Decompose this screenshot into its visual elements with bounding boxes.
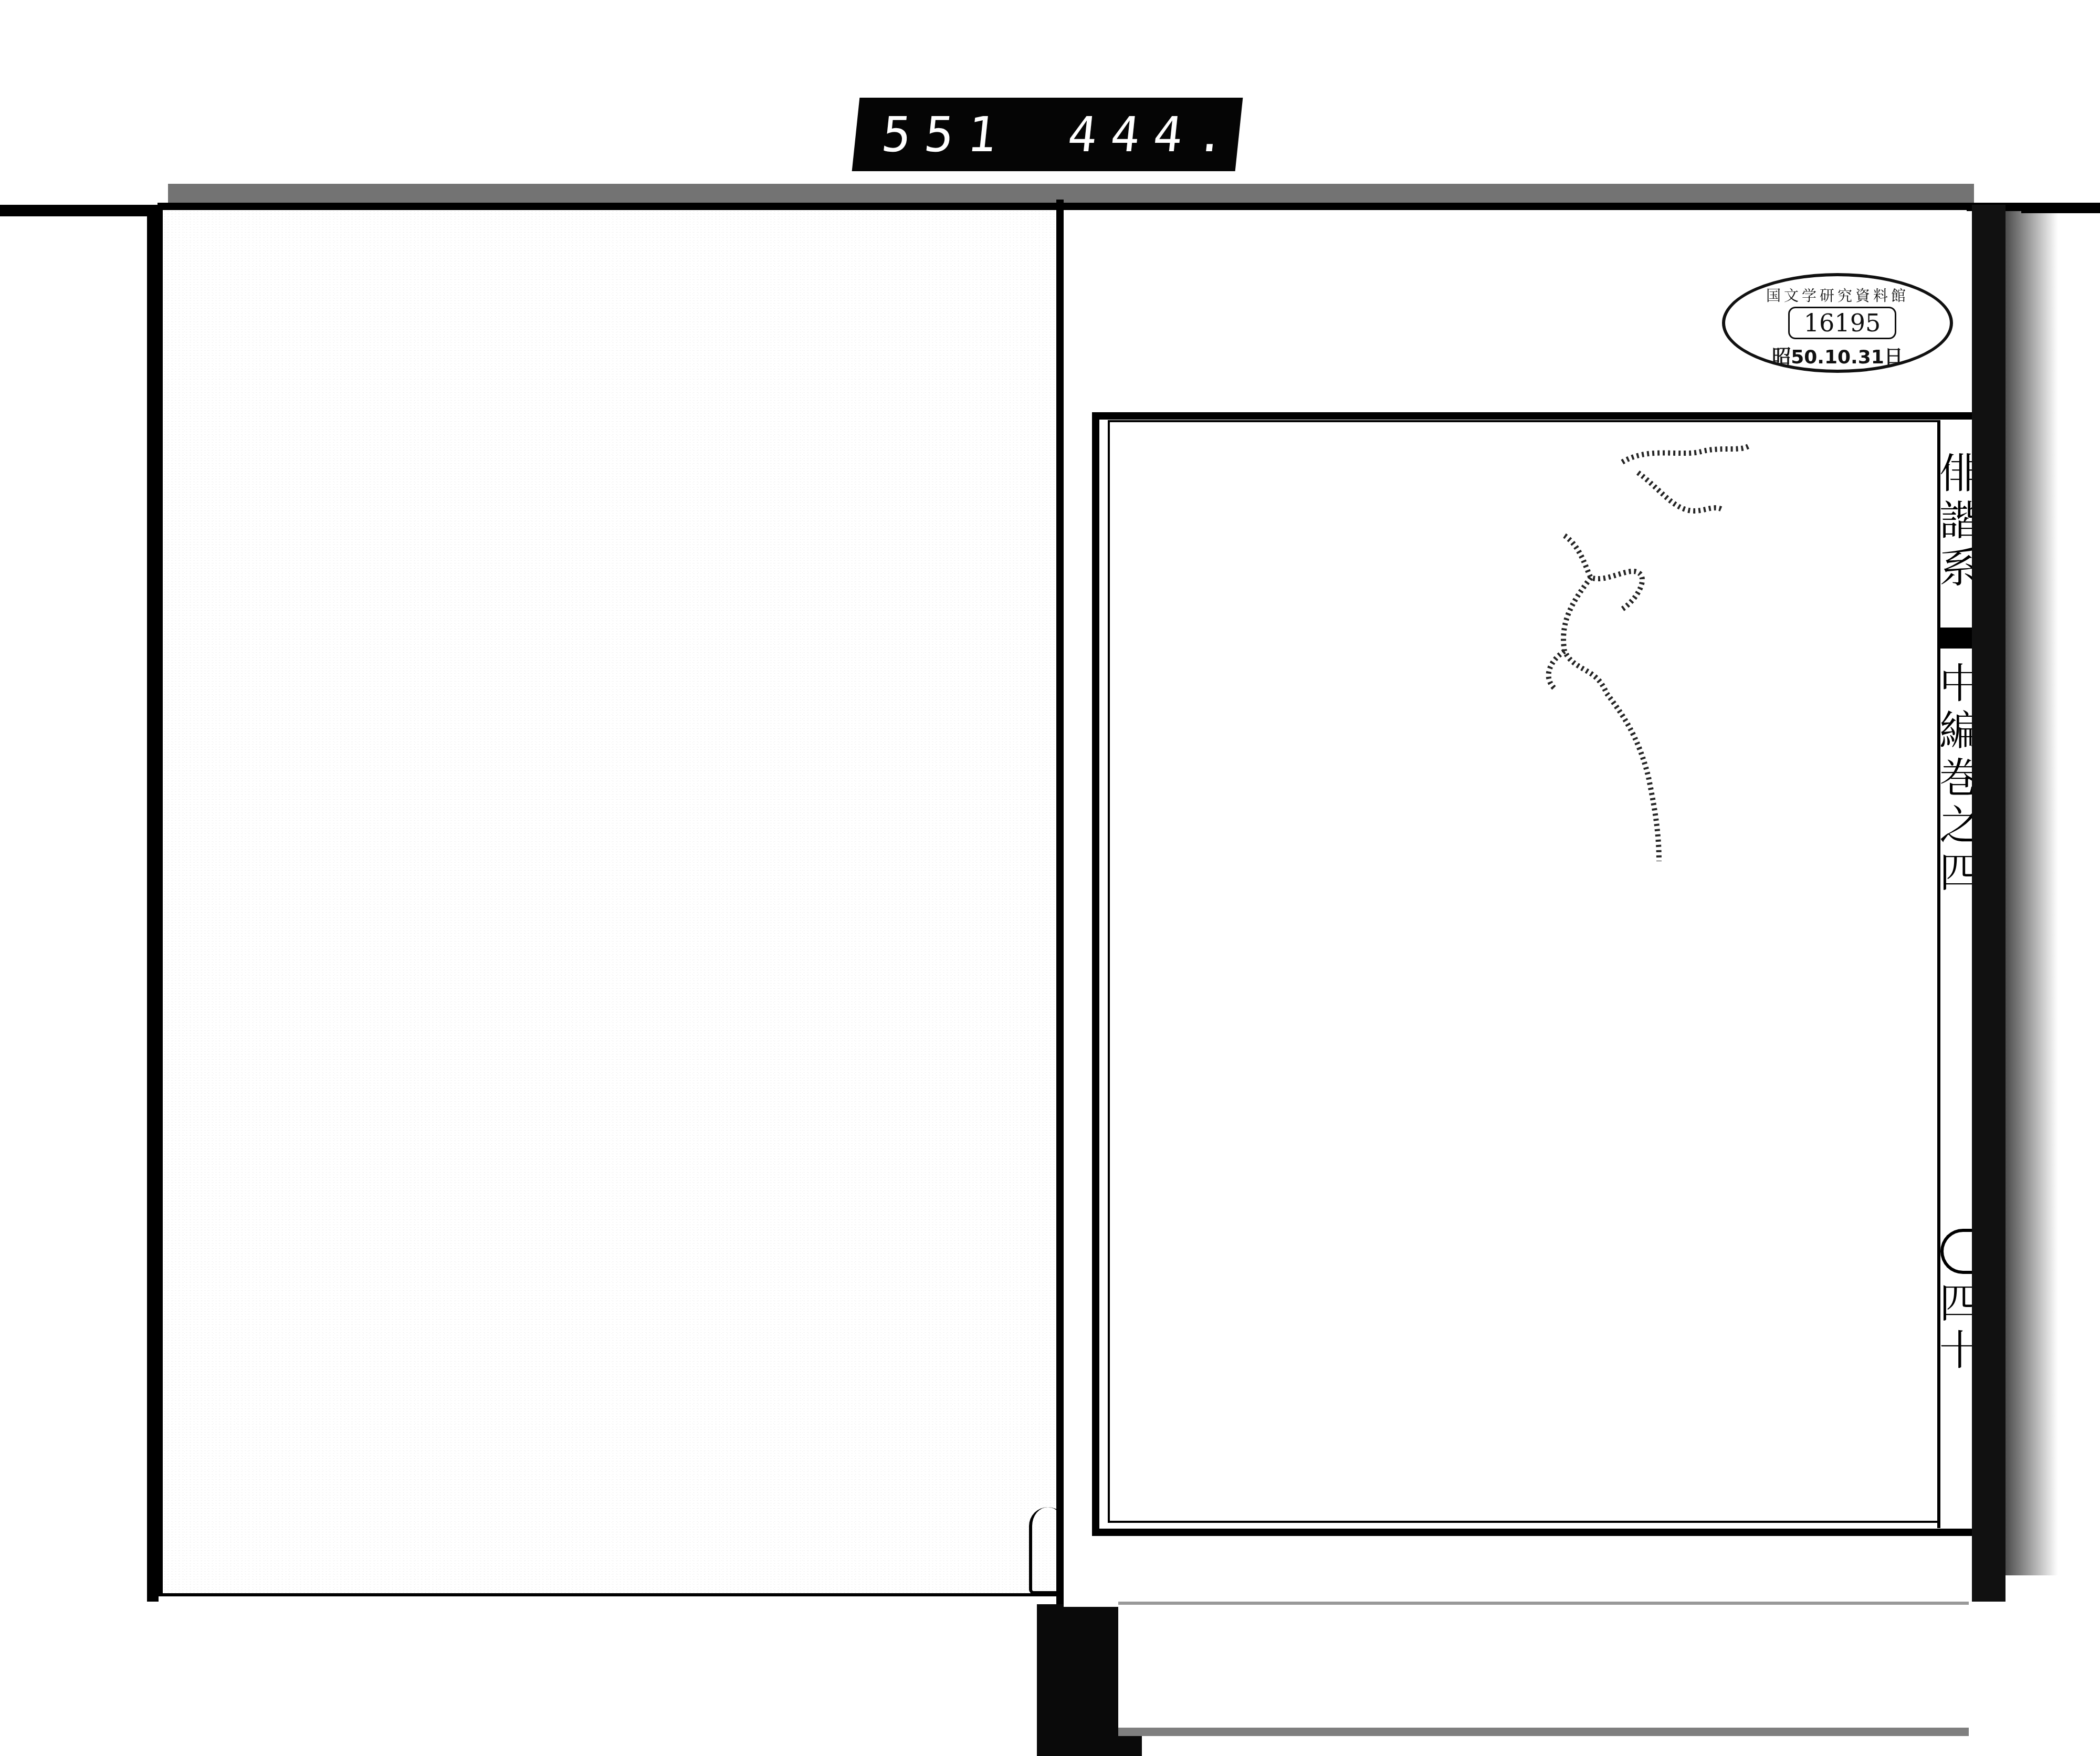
bottom-page-stack [1118,1607,1969,1736]
binding-thread [1029,1507,1067,1594]
title-strip: 俳諧系 中編巻之四 四十 [1940,420,1972,1523]
book-gutter [1056,200,1064,1607]
stamp-institution: 国文学研究資料館 [1725,285,1950,306]
scanner-bar-left [0,205,157,216]
fore-edge-shadow [2005,210,2058,1575]
water-stain [1501,441,1753,872]
left-page [157,210,1060,1596]
title-text-volume: 中編巻之四 [1940,662,1972,898]
fore-edge-page-stack [1972,205,2005,1602]
paper-texture [163,210,1060,1593]
book-cover-edge-left [147,205,159,1602]
title-separator-band [1940,628,1972,649]
stamp-accession-number: 16195 [1788,307,1896,339]
call-number-left: 551 [879,107,1013,163]
stamp-date: 昭50.10.31日 [1725,342,1950,369]
book-top-edge-shadow [168,184,1974,205]
page-stack-edge [1118,1602,1969,1605]
title-text-top: 俳諧系 [1940,452,1972,593]
call-number-label: 551 444. [852,98,1243,171]
library-stamp: 国文学研究資料館 16195 昭50.10.31日 [1722,273,1953,373]
call-number-right: 444. [1065,107,1242,163]
title-text-leaf-number: 四十 [1940,1281,1972,1376]
scanner-bar-right [2021,204,2100,213]
circle-mark [1940,1229,1972,1274]
